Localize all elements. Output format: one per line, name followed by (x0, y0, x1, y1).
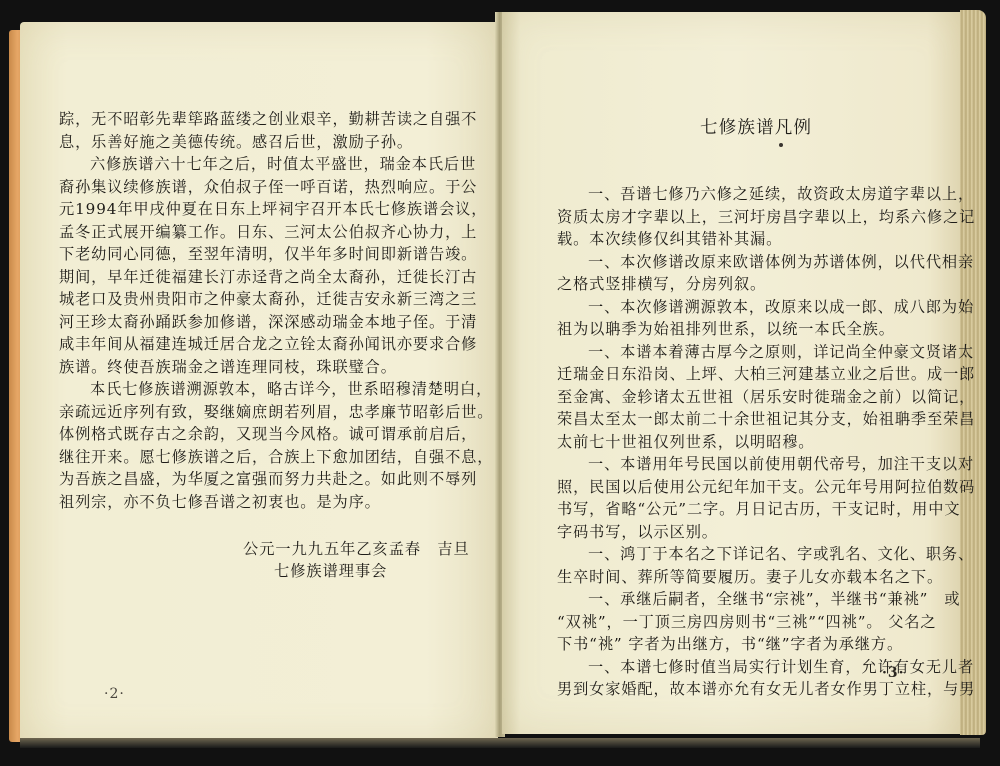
text-line: 一、本谱七修时值当局实行计划生育，允许有女无儿者 (557, 656, 975, 679)
text-line: 至金寓、金轸诸太五世祖（居乐安时徙瑞金之前）以简记， (557, 386, 975, 409)
text-line: 族谱。终使吾族瑞金之谱连理同枝，珠联璧合。 (59, 356, 493, 379)
book-bottom-shadow (20, 738, 980, 748)
text-line: 六修族谱六十七年之后，时值太平盛世，瑞金本氏后世 (59, 153, 493, 176)
text-line: 城老口及贵州贵阳市之仲豪太裔孙，迁徙吉安永新三湾之三 (59, 288, 493, 311)
text-line: 迁瑞金日东沿岗、上坪、大柏三河建基立业之后世。成一郎 (557, 363, 975, 386)
text-line: 下老幼同心同德，至翌年清明，仅半年多时间即新谱告竣。 (59, 243, 493, 266)
title-ornament-dot (779, 143, 783, 147)
signature-date: 公元一九九五年乙亥孟春 吉旦 (243, 538, 470, 559)
signature-council: 七修族谱理事会 (274, 560, 387, 581)
text-line: 亲疏远近序列有致，娶继嫡庶朗若列眉，忠孝廉节昭彰后世。 (59, 401, 493, 424)
page-number-right: ·3· (882, 665, 905, 681)
text-line: 太前七十世祖仅列世系，以明昭穆。 (557, 431, 975, 454)
text-line: 生卒时间、葬所等简要履历。妻子儿女亦载本名之下。 (557, 566, 975, 589)
text-line: 之格式竖排横写，分房列叙。 (557, 273, 975, 296)
text-line: 一、鸿丁于本名之下详记名、字或乳名、文化、职务、 (557, 543, 975, 566)
text-line: 体例格式既存古之余韵，又现当今风格。诚可谓承前启后， (59, 423, 493, 446)
text-line: 孟冬正式展开编纂工作。日东、三河太公伯叔齐心协力，上 (59, 221, 493, 244)
text-line: 一、本谱本着薄古厚今之原则，详记尚全仲豪文贤诸太 (557, 341, 975, 364)
preface-body: 踪，无不昭彰先辈筚路蓝缕之创业艰辛，勤耕苦读之自强不 息，乐善好施之美德传统。感… (59, 108, 493, 513)
text-line: 祖列宗，亦不负七修吾谱之初衷也。是为序。 (59, 491, 493, 514)
text-line: 一、吾谱七修乃六修之延续，故资政太房道字辈以上， (557, 183, 975, 206)
rules-body: 一、吾谱七修乃六修之延续，故资政太房道字辈以上， 资质太房才字辈以上，三河圩房昌… (557, 183, 975, 701)
book-spread: 踪，无不昭彰先辈筚路蓝缕之创业艰辛，勤耕苦读之自强不 息，乐善好施之美德传统。感… (0, 0, 1000, 766)
text-line: 字码书写，以示区别。 (557, 521, 975, 544)
text-line: 祖为以聃季为始祖排列世系，以统一本氏全族。 (557, 318, 975, 341)
text-line: 资质太房才字辈以上，三河圩房昌字辈以上，均系六修之记 (557, 206, 975, 229)
text-line: 本氏七修族谱溯源敦本，略古详今，世系昭穆清楚明白， (59, 378, 493, 401)
text-line: 期间，早年迁徙福建长汀赤迳背之尚全太裔孙，迁徙长汀古 (59, 266, 493, 289)
text-line: 咸丰年间从福建连城迁居合龙之立铨太裔孙闻讯亦要求合修 (59, 333, 493, 356)
text-line: 一、本谱用年号民国以前使用朝代帝号，加注干支以对 (557, 453, 975, 476)
text-line: 河王珍太裔孙踊跃参加修谱，深深感动瑞金本地子侄。于清 (59, 311, 493, 334)
text-line: 裔孙集议续修族谱，众伯叔子侄一呼百诺，热烈响应。于公 (59, 176, 493, 199)
text-line: 载。本次续修仅纠其错补其漏。 (557, 228, 975, 251)
page-title: 七修族谱凡例 (700, 114, 812, 139)
text-line: 踪，无不昭彰先辈筚路蓝缕之创业艰辛，勤耕苦读之自强不 (59, 108, 493, 131)
text-line: 一、承继后嗣者，全继书“宗祧”，半继书“兼祧” 或 (557, 588, 975, 611)
page-number-left: ·2· (104, 686, 125, 702)
text-line: 一、本次修谱溯源敦本，改原来以成一郎、成八郎为始 (557, 296, 975, 319)
text-line: 书写，省略“公元”二字。月日记古历，干支记时，用中文 (557, 498, 975, 521)
text-line: 一、本次修谱改原来欧谱体例为苏谱体例，以代代相亲 (557, 251, 975, 274)
text-line: 照，民国以后使用公元纪年加干支。公元年号用阿拉伯数码 (557, 476, 975, 499)
text-line: 男到女家婚配，故本谱亦允有女无儿者女作男丁立柱，与男 (557, 678, 975, 701)
text-line: 息，乐善好施之美德传统。感召后世，激励子孙。 (59, 131, 493, 154)
text-line: 荣昌太至太一郎太前二十余世祖记其分支，始祖聃季至荣昌 (557, 408, 975, 431)
text-line: 为吾族之昌盛，为华厦之富强而努力共赴之。如此则不辱列 (59, 468, 493, 491)
text-line: “双祧”，一丁顶三房四房则书“三祧”“四祧”。 父名之 (557, 611, 975, 634)
text-line: 下书“祧” 字者为出继方，书“继”字者为承继方。 (557, 633, 975, 656)
text-line: 继往开来。愿七修族谱之后，合族上下愈加团结，自强不息， (59, 446, 493, 469)
text-line: 元1994年甲戌仲夏在日东上坪祠宇召开本氏七修族谱会议， (59, 198, 493, 221)
